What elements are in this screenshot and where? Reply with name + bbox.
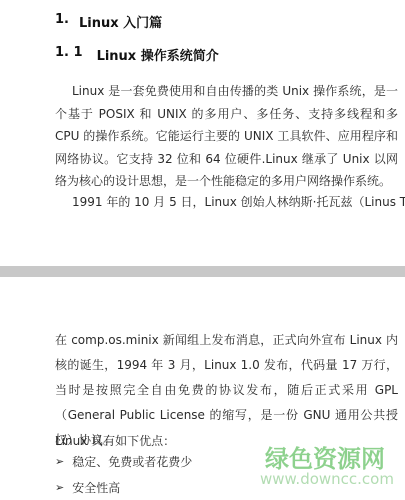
- chapter-number: 1.: [55, 12, 69, 31]
- section-number: 1. 1: [55, 45, 83, 64]
- section-heading: 1. 1 Linux 操作系统简介: [55, 45, 219, 64]
- watermark-site-name: 绿色资源网: [260, 447, 390, 472]
- watermark-site-url: www.downcc.com: [260, 472, 390, 488]
- chapter-heading: 1. Linux 入门篇: [55, 12, 162, 31]
- paragraph-linux-intro: Linux 是一套免费使用和自由传播的类 Unix 操作系统，是一个基于 POS…: [55, 80, 398, 193]
- bullet-text: 安全性高: [72, 479, 120, 497]
- watermark: 绿色资源网 www.downcc.com: [260, 447, 390, 488]
- chapter-title: Linux 入门篇: [79, 12, 162, 31]
- bullet-text: 稳定、免费或者花费少: [72, 453, 192, 471]
- arrow-bullet-icon: ➢: [55, 479, 64, 497]
- document-viewport: 1. Linux 入门篇 1. 1 Linux 操作系统简介 Linux 是一套…: [0, 0, 405, 500]
- paragraph-1991: 1991 年的 10 月 5 日，Linux 创始人林纳斯·托瓦兹（Linus …: [55, 191, 398, 214]
- arrow-bullet-icon: ➢: [55, 453, 64, 471]
- section-title: Linux 操作系统简介: [97, 45, 219, 64]
- page-separator-bar: [0, 266, 405, 277]
